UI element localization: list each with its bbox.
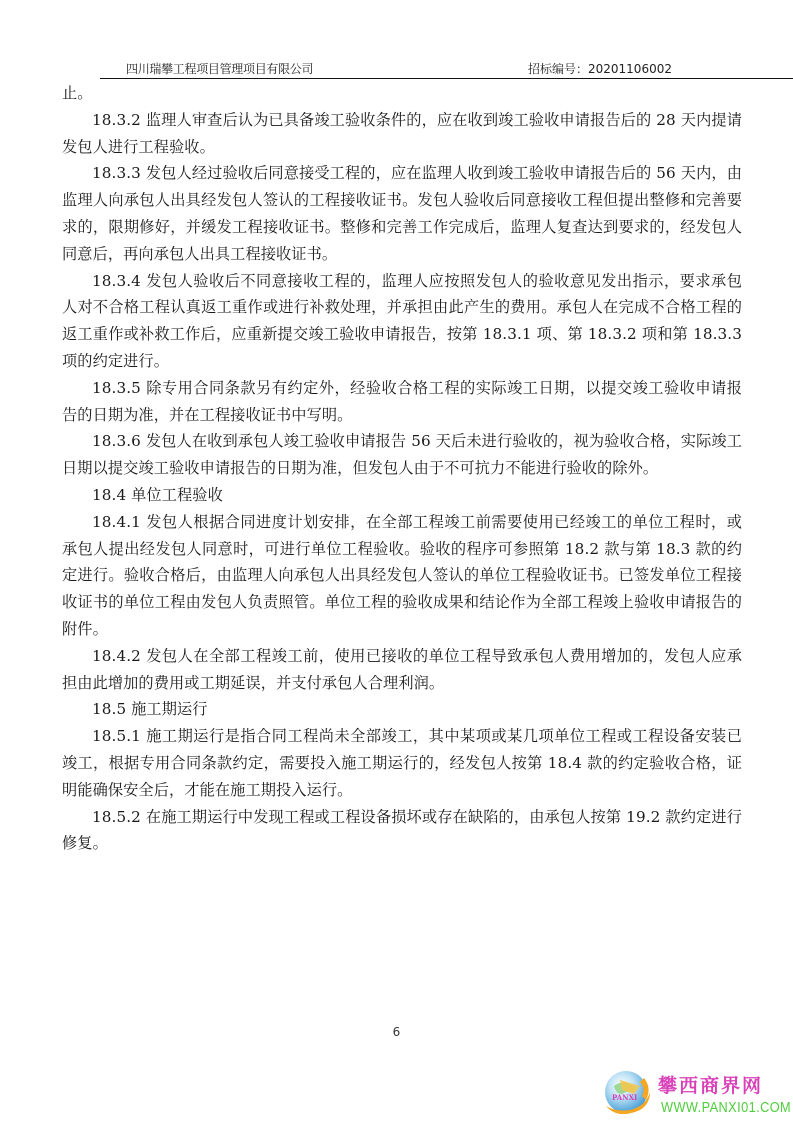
paragraph-18-3-3: 18.3.3 发包人经过验收后同意接受工程的，应在监理人收到竣工验收申请报告后的… [62,160,742,267]
watermark-logo: PANXI 攀西商界网 WWW.PANXI01.COM [598,1064,793,1122]
paragraph-18-5-2: 18.5.2 在施工期运行中发现工程或工程设备损坏或存在缺陷的，由承包人按第 1… [62,804,742,858]
company-name: 四川瑞攀工程项目管理项目有限公司 [126,60,313,77]
globe-icon: PANXI [600,1066,654,1120]
paragraph-18-3-4: 18.3.4 发包人验收后不同意接收工程的，监理人应按照发包人的验收意见发出指示… [62,268,742,375]
page-number: 6 [0,1025,793,1039]
page-header: 四川瑞攀工程项目管理项目有限公司 招标编号：20201106002 [100,58,793,79]
svg-text:PANXI: PANXI [612,1093,637,1102]
site-url: WWW.PANXI01.COM [661,1099,791,1116]
paragraph-18-3-2: 18.3.2 监理人审查后认为已具备竣工验收条件的，应在收到竣工验收申请报告后的… [62,107,742,161]
bid-number: 招标编号：20201106002 [528,60,672,77]
document-body: 止。 18.3.2 监理人审查后认为已具备竣工验收条件的，应在收到竣工验收申请报… [62,80,742,857]
section-heading-18-4: 18.4 单位工程验收 [62,482,742,509]
paragraph-18-4-2: 18.4.2 发包人在全部工程竣工前，使用已接收的单位工程导致承包人费用增加的，… [62,643,742,697]
paragraph-18-3-6: 18.3.6 发包人在收到承包人竣工验收申请报告 56 天后未进行验收的，视为验… [62,428,742,482]
paragraph: 止。 [62,80,742,107]
paragraph-18-4-1: 18.4.1 发包人根据合同进度计划安排，在全部工程竣工前需要使用已经竣工的单位… [62,509,742,643]
section-heading-18-5: 18.5 施工期运行 [62,696,742,723]
paragraph-18-3-5: 18.3.5 除专用合同条款另有约定外，经验收合格工程的实际竣工日期，以提交竣工… [62,375,742,429]
paragraph-18-5-1: 18.5.1 施工期运行是指合同工程尚未全部竣工，其中某项或某几项单位工程或工程… [62,723,742,803]
site-name: 攀西商界网 [658,1071,763,1098]
